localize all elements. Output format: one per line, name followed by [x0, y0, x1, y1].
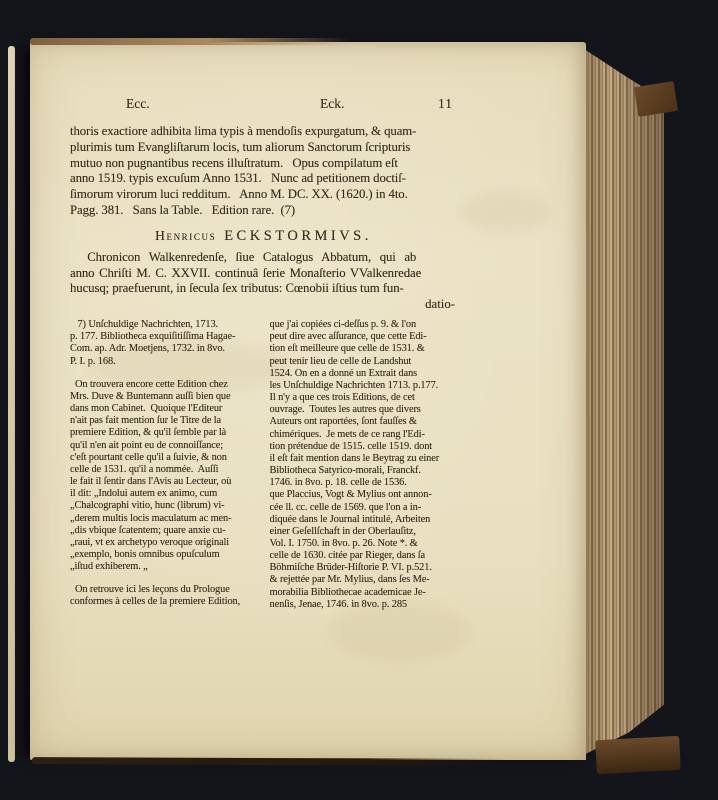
text-line: P. I. p. 168.	[70, 356, 258, 368]
photo-background: Ecc. Eck. 11 thoris exactiore adhibita l…	[0, 0, 718, 800]
text-line: „Chalcographi vitio, hunc (librum) vi-	[70, 500, 258, 512]
text-line: thoris exactiore adhibita lima typis à m…	[70, 124, 457, 140]
footnote-paragraph: que j'ai copiées ci-deſſus p. 9. & l'onp…	[270, 319, 458, 611]
text-line: „exemplo, bonis omnibus opuſculum	[70, 549, 258, 561]
text-line: anno Chriſti M. C. XXVII. continuâ ſerie…	[70, 266, 457, 282]
text-line: le fait il ſentir dans l'Avis au Lecteur…	[70, 476, 258, 488]
text-line: morabilia Bibliothecae academicae Je-	[270, 587, 458, 599]
text-line: il dit: „Indolui autem ex animo, cum	[70, 488, 258, 500]
text-line: p. 177. Bibliotheca exquiſitiſſima Hagae…	[70, 331, 258, 343]
entry-paragraph: Chronicon Walkenredenſe, ſiue Catalogus …	[70, 250, 457, 297]
text-line: que j'ai copiées ci-deſſus p. 9. & l'on	[270, 319, 458, 331]
text-line: les Unſchuldige Nachrichten 1713. p.177.	[270, 380, 458, 392]
text-line: diquée dans le Journal intitulé, Arbeite…	[270, 514, 458, 526]
text-line: „iſtud exhiberem. „	[70, 561, 258, 573]
text-line: Bibliotheca Satyrico-morali, Franckf.	[270, 465, 458, 477]
text-line: 1524. On en a donné un Extrait dans	[270, 368, 458, 380]
footnote-column-left: 7) Unſchuldige Nachrichten, 1713.p. 177.…	[70, 319, 258, 611]
text-line: peut tenir lieu de celle de Landshut	[270, 356, 458, 368]
text-line: premiere Edition, & qu'il ſemble par là	[70, 427, 258, 439]
text-line: c'eſt pourtant celle qu'il a ſuivie, & n…	[70, 452, 258, 464]
footnote-paragraph: On trouvera encore cette Edition chezMrs…	[70, 379, 258, 574]
text-line: „derem multis locis maculatum ac men-	[70, 513, 258, 525]
book-cover-corner-top	[634, 81, 678, 117]
book-page: Ecc. Eck. 11 thoris exactiore adhibita l…	[30, 42, 586, 760]
paper-stain	[460, 192, 550, 232]
text-line: tion eſt meilleure que celle de 1531. &	[270, 343, 458, 355]
entry-heading: HenricusECKSTORMIVS.	[70, 227, 457, 246]
text-line: einer Geſellſchaft in der Oberlauſitz,	[270, 526, 458, 538]
page-text-block: Ecc. Eck. 11 thoris exactiore adhibita l…	[70, 96, 457, 611]
text-line: n'ait pas fait mention ſur le Titre de l…	[70, 415, 258, 427]
text-line: & rejettée par Mr. Mylius, dans ſes Me-	[270, 574, 458, 586]
text-line: mutuo non pugnantibus recens illuſtratum…	[70, 156, 457, 172]
header-keyword-right: Eck.	[320, 96, 344, 112]
text-line: Com. ap. Adr. Moetjens, 1732. in 8vo.	[70, 343, 258, 355]
text-line: ouvrage. Toutes les autres que divers	[270, 404, 458, 416]
text-line: que Placcius, Vogt & Mylius ont annon-	[270, 489, 458, 501]
page-top-edge	[30, 38, 352, 45]
running-header: Ecc. Eck. 11	[70, 96, 457, 113]
text-line: chimériques. Je mets de ce rang l'Edi-	[270, 429, 458, 441]
footnote-paragraph: 7) Unſchuldige Nachrichten, 1713.p. 177.…	[70, 319, 258, 368]
text-line: „raui, vt ex archetypo veroque originali	[70, 537, 258, 549]
text-line: conformes à celles de la premiere Editio…	[70, 596, 258, 608]
text-line: plurimis tum Evangliſtarum locis, tum al…	[70, 140, 457, 156]
text-line: Vol. I. 1750. in 8vo. p. 26. Note *. &	[270, 538, 458, 550]
text-line: celle de 1531. qu'il a nommée. Auſſi	[70, 464, 258, 476]
text-line: Mrs. Duve & Buntemann auſſi bien que	[70, 391, 258, 403]
text-line: On trouvera encore cette Edition chez	[70, 379, 258, 391]
text-line: qu'il n'en ait point eu de connoiſſance;	[70, 440, 258, 452]
text-line: tion prétendue de 1515. celle 1519. dont	[270, 441, 458, 453]
text-line: hucusq; praefuerunt, in ſecula ſex tribu…	[70, 281, 457, 297]
text-line: Pagg. 381. Sans la Table. Edition rare. …	[70, 203, 457, 219]
header-keyword-left: Ecc.	[126, 96, 150, 112]
page-number: 11	[438, 96, 453, 112]
text-line: Böhmiſche Brüder-Hiſtorie P. VI. p.521.	[270, 562, 458, 574]
text-line: anno 1519. typis excuſum Anno 1531. Nunc…	[70, 171, 457, 187]
book-cover-corner-bottom	[595, 736, 681, 774]
book-fore-edge	[586, 46, 664, 758]
paper-stain	[330, 602, 470, 662]
text-line: „dis vbique ſcatentem; quare anxie cu-	[70, 525, 258, 537]
main-paragraph: thoris exactiore adhibita lima typis à m…	[70, 124, 457, 219]
text-line: il eſt fait mention dans le Beytrag zu e…	[270, 453, 458, 465]
catchword: datio-	[70, 297, 457, 312]
footnote-column-right: que j'ai copiées ci-deſſus p. 9. & l'onp…	[270, 319, 458, 611]
text-line: Il n'y a que ces trois Editions, de cet	[270, 392, 458, 404]
facing-page-edge	[8, 46, 15, 762]
footnotes-section: 7) Unſchuldige Nachrichten, 1713.p. 177.…	[70, 319, 457, 611]
text-line: Auteurs ont raportées, ſont fauſſes &	[270, 416, 458, 428]
text-line: On retrouve ici les leçons du Prologue	[70, 584, 258, 596]
text-line: 7) Unſchuldige Nachrichten, 1713.	[70, 319, 258, 331]
footnote-paragraph: On retrouve ici les leçons du Prologueco…	[70, 584, 258, 608]
text-line: ſimorum virorum luci redditum. Anno M. D…	[70, 187, 457, 203]
text-line: cée ll. cc. celle de 1569. que l'on a in…	[270, 502, 458, 514]
text-line: 1746. in 8vo. p. 18. celle de 1536.	[270, 477, 458, 489]
text-line: celle de 1630. citée par Rieger, dans ſa	[270, 550, 458, 562]
text-line: dans mon Cabinet. Quoique l'Editeur	[70, 403, 258, 415]
text-line: peut dire avec aſſurance, que cette Edi-	[270, 331, 458, 343]
text-line: nenſis, Jenae, 1746. in 8vo. p. 285	[270, 599, 458, 611]
text-line: Chronicon Walkenredenſe, ſiue Catalogus …	[70, 250, 457, 266]
book-cover-bottom-edge	[32, 757, 510, 766]
entry-heading-forename: Henricus	[155, 228, 216, 243]
entry-heading-surname: ECKSTORMIVS.	[224, 228, 372, 244]
